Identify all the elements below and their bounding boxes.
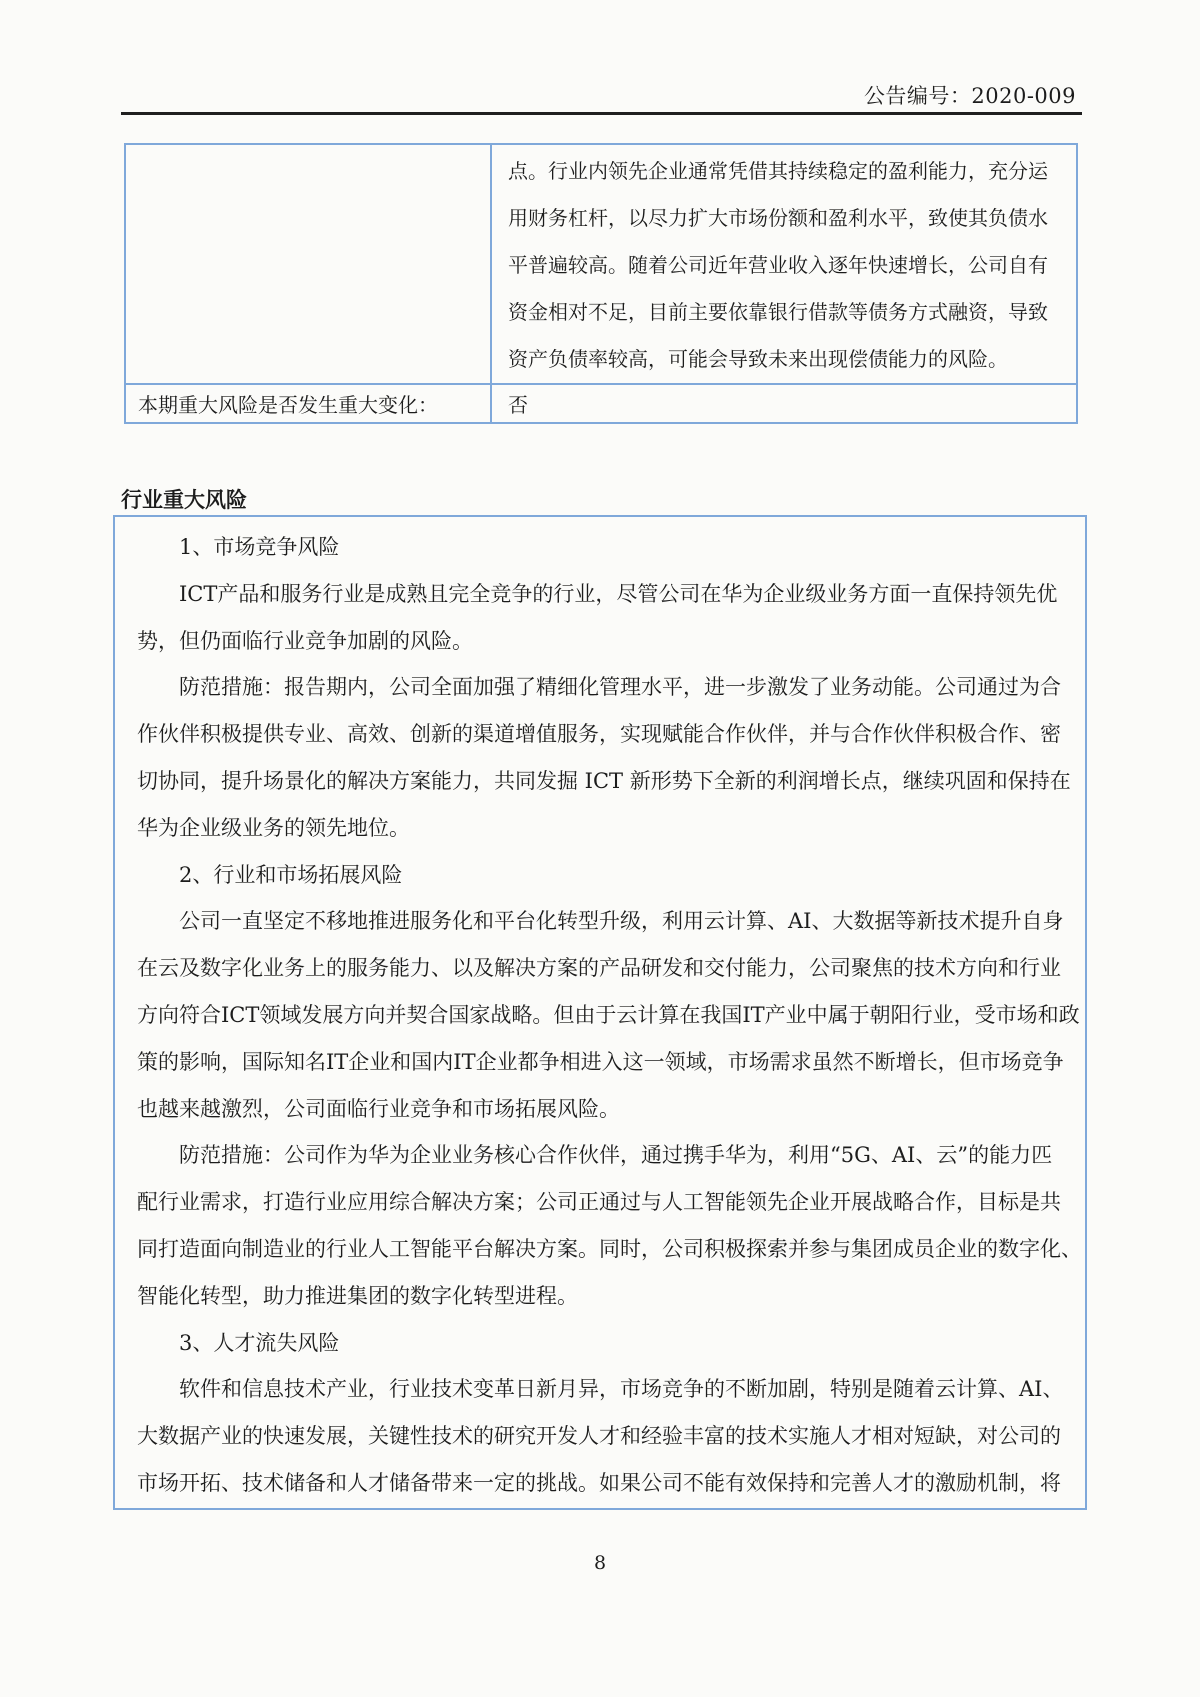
table-row-risk-description: 点。行业内领先企业通常凭借其持续稳定的盈利能力，充分运用财务杠杆，以尽力扩大市场… [125, 144, 1077, 384]
industry-risk-lines: 1、市场竞争风险ICT产品和服务行业是成熟且完全竞争的行业，尽管公司在华为企业级… [137, 524, 1067, 1507]
page-number: 8 [0, 1552, 1200, 1574]
text-line: 势，但仍面临行业竞争加剧的风险。 [137, 618, 1067, 665]
text-line: 配行业需求，打造行业应用综合解决方案；公司正通过与人工智能领先企业开展战略合作，… [137, 1179, 1067, 1226]
text-line: 切协同，提升场景化的解决方案能力，共同发掘 ICT 新形势下全新的利润增长点，继… [137, 758, 1067, 805]
text-line: 市场开拓、技术储备和人才储备带来一定的挑战。如果公司不能有效保持和完善人才的激励… [137, 1460, 1067, 1507]
text-line: 大数据产业的快速发展，关键性技术的研究开发人才和经验丰富的技术实施人才相对短缺，… [137, 1413, 1067, 1460]
text-line: 策的影响，国际知名IT企业和国内IT企业都争相进入这一领域，市场需求虽然不断增长… [137, 1039, 1067, 1086]
text-line: 方向符合ICT领域发展方向并契合国家战略。但由于云计算在我国IT产业中属于朝阳行… [137, 992, 1067, 1039]
industry-risk-box: 1、市场竞争风险ICT产品和服务行业是成熟且完全竞争的行业，尽管公司在华为企业级… [113, 515, 1087, 1510]
text-line: 资金相对不足，目前主要依靠银行借款等债务方式融资，导致 [508, 289, 1064, 336]
text-line: 也越来越激烈，公司面临行业竞争和市场拓展风险。 [137, 1086, 1067, 1133]
text-line: 用财务杠杆，以尽力扩大市场份额和盈利水平，致使其负债水 [508, 195, 1064, 242]
announcement-number: 公告编号：2020-009 [864, 80, 1076, 110]
table-row-risk-change: 本期重大风险是否发生重大变化： 否 [125, 384, 1077, 423]
text-line: 点。行业内领先企业通常凭借其持续稳定的盈利能力，充分运 [508, 148, 1064, 195]
risk-label-empty-cell [125, 144, 491, 384]
risk-description-lines: 点。行业内领先企业通常凭借其持续稳定的盈利能力，充分运用财务杠杆，以尽力扩大市场… [508, 148, 1064, 383]
section-title-industry-risk: 行业重大风险 [121, 484, 247, 514]
text-line: 防范措施：公司作为华为企业业务核心合作伙伴，通过携手华为，利用“5G、AI、云”… [137, 1132, 1067, 1179]
text-line: 作伙伴积极提供专业、高效、创新的渠道增值服务，实现赋能合作伙伴，并与合作伙伴积极… [137, 711, 1067, 758]
text-line: 3、人才流失风险 [137, 1320, 1067, 1367]
text-line: 华为企业级业务的领先地位。 [137, 805, 1067, 852]
risk-change-question: 本期重大风险是否发生重大变化： [125, 384, 491, 423]
text-line: 2、行业和市场拓展风险 [137, 852, 1067, 899]
risk-description-cell: 点。行业内领先企业通常凭借其持续稳定的盈利能力，充分运用财务杠杆，以尽力扩大市场… [491, 144, 1077, 384]
risk-summary-table: 点。行业内领先企业通常凭借其持续稳定的盈利能力，充分运用财务杠杆，以尽力扩大市场… [124, 143, 1078, 424]
text-line: 软件和信息技术产业，行业技术变革日新月异，市场竞争的不断加剧，特别是随着云计算、… [137, 1366, 1067, 1413]
text-line: 防范措施：报告期内，公司全面加强了精细化管理水平，进一步激发了业务动能。公司通过… [137, 664, 1067, 711]
text-line: 同打造面向制造业的行业人工智能平台解决方案。同时，公司积极探索并参与集团成员企业… [137, 1226, 1067, 1273]
text-line: 平普遍较高。随着公司近年营业收入逐年快速增长，公司自有 [508, 242, 1064, 289]
text-line: 公司一直坚定不移地推进服务化和平台化转型升级，利用云计算、AI、大数据等新技术提… [137, 898, 1067, 945]
document-page: 公告编号：2020-009 点。行业内领先企业通常凭借其持续稳定的盈利能力，充分… [0, 0, 1200, 1697]
text-line: 1、市场竞争风险 [137, 524, 1067, 571]
risk-change-answer: 否 [491, 384, 1077, 423]
text-line: ICT产品和服务行业是成熟且完全竞争的行业，尽管公司在华为企业级业务方面一直保持… [137, 571, 1067, 618]
header-rule [121, 112, 1082, 115]
text-line: 智能化转型，助力推进集团的数字化转型进程。 [137, 1273, 1067, 1320]
text-line: 资产负债率较高，可能会导致未来出现偿债能力的风险。 [508, 336, 1064, 383]
text-line: 在云及数字化业务上的服务能力、以及解决方案的产品研发和交付能力，公司聚焦的技术方… [137, 945, 1067, 992]
